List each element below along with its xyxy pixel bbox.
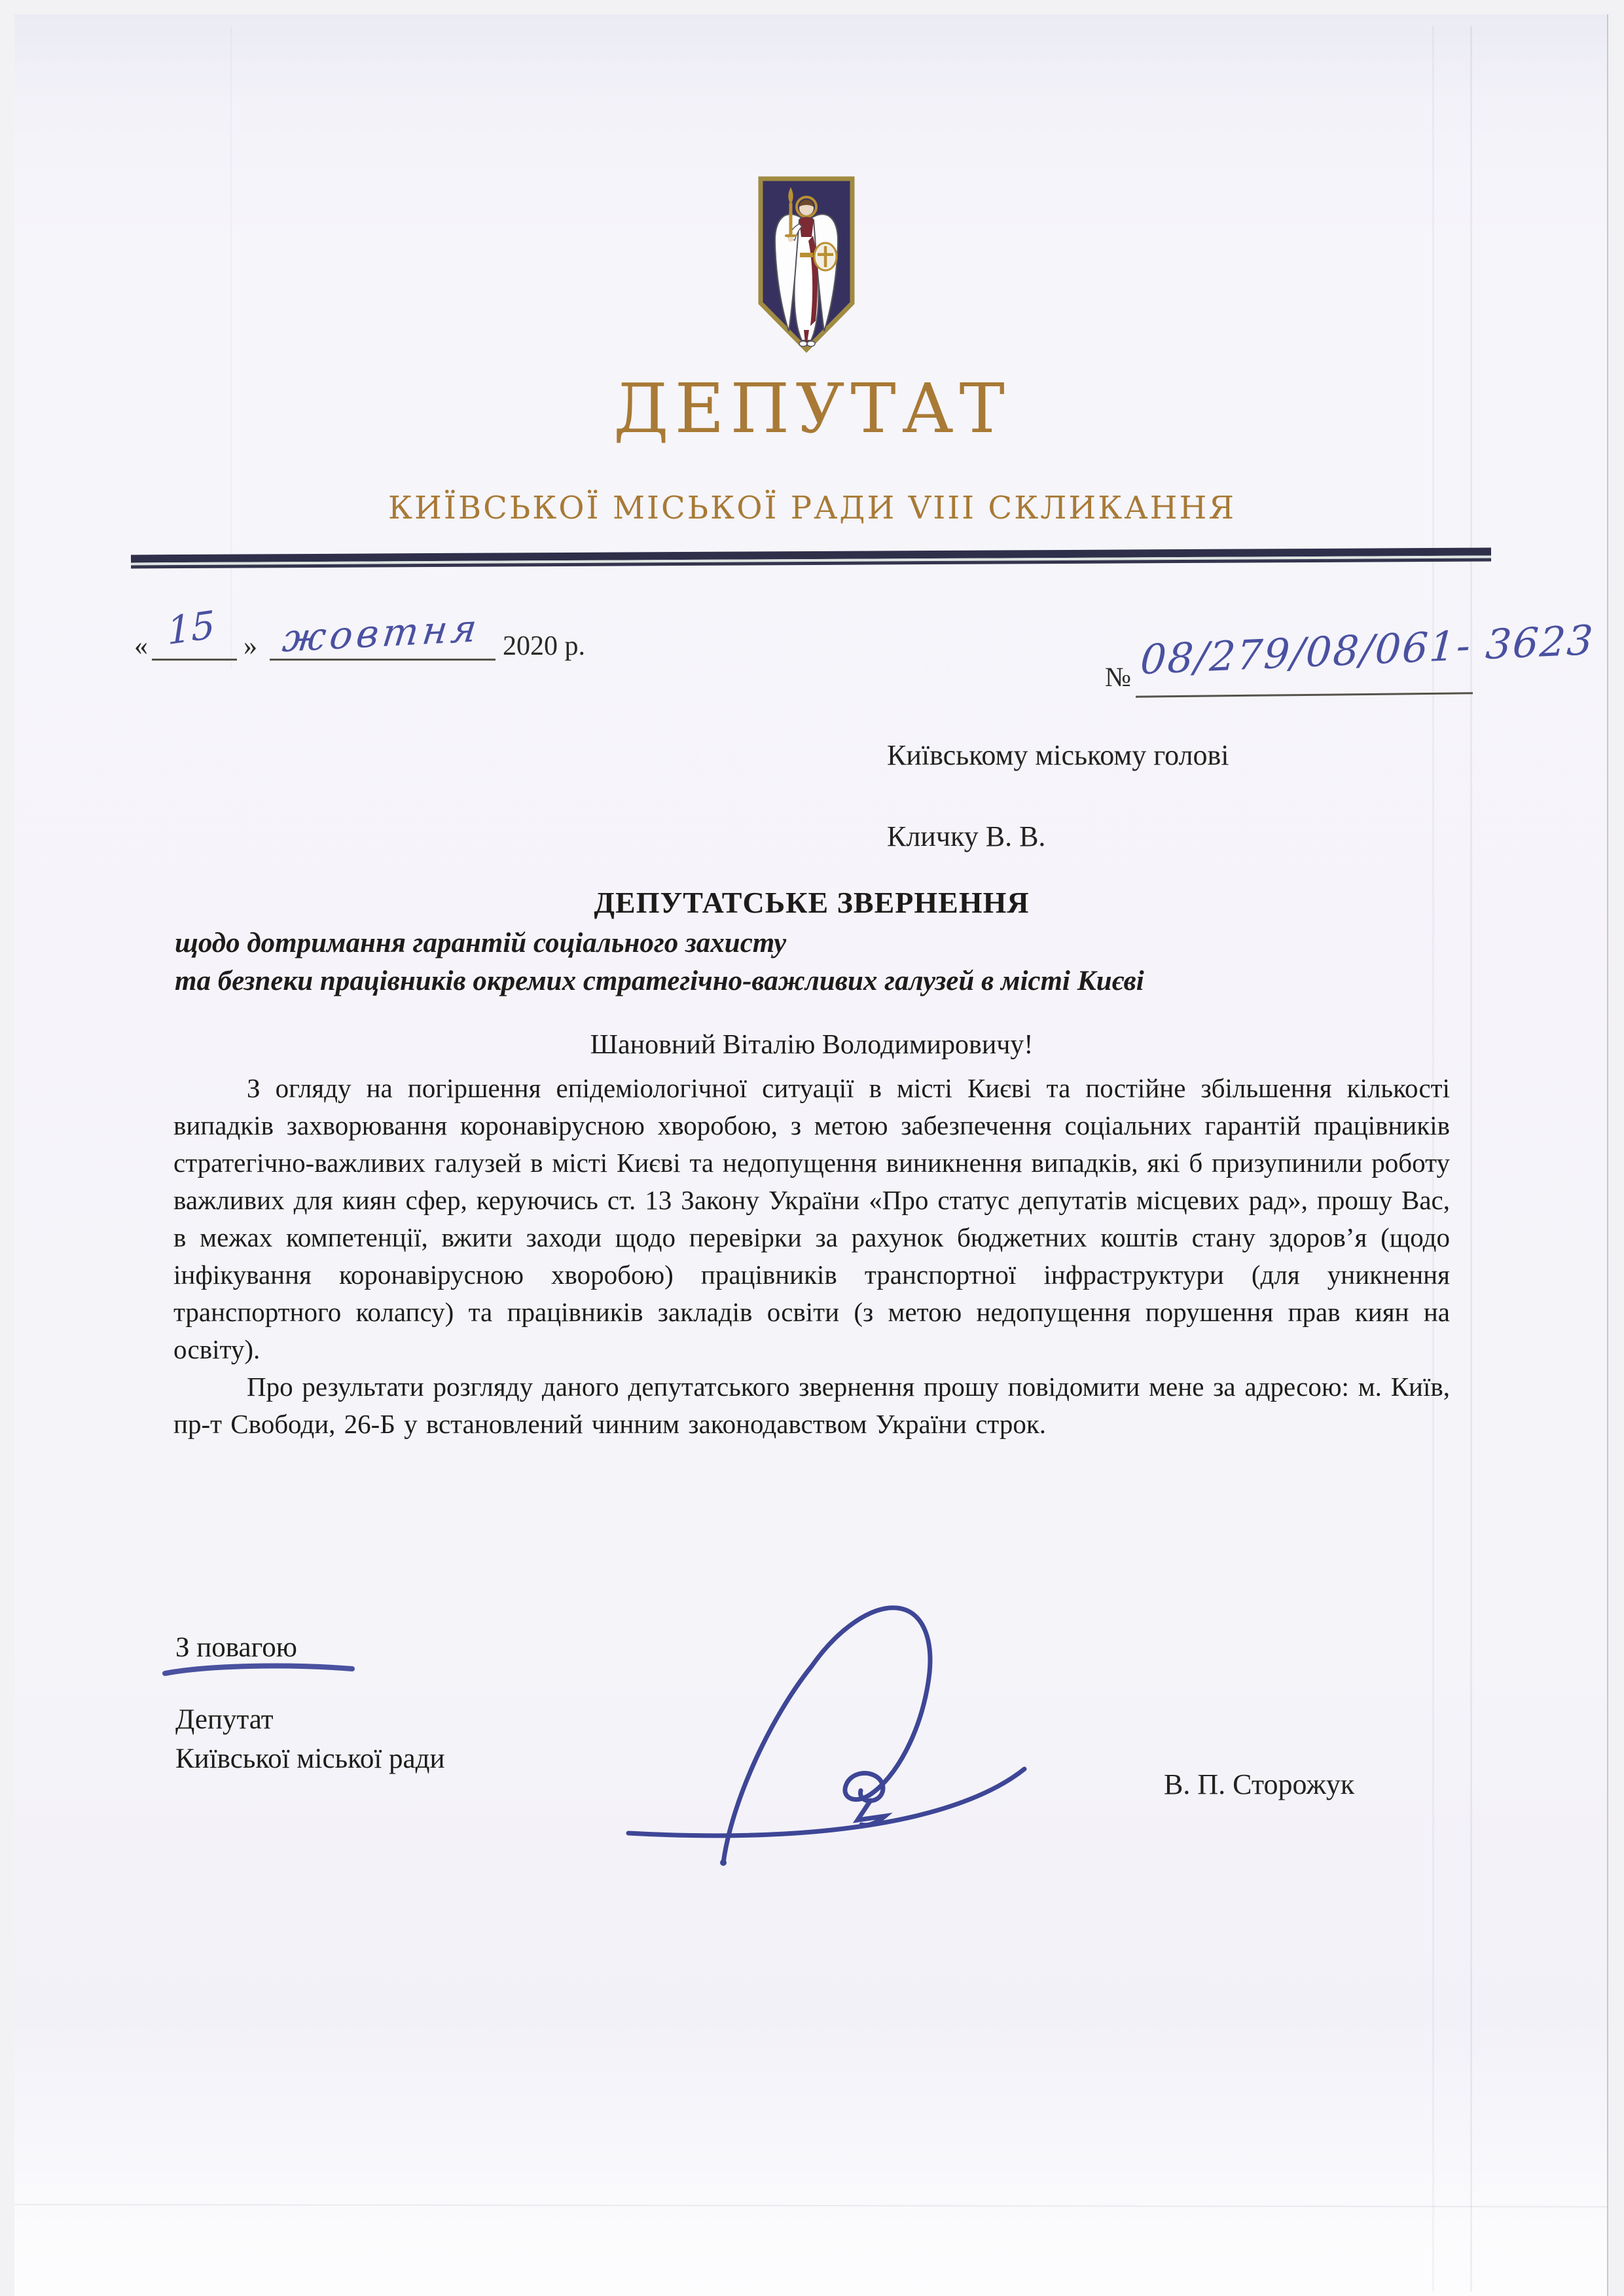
handwritten-day: 15 [166,606,215,651]
body-paragraph-1: З огляду на погіршення епідеміологічної … [173,1070,1450,1368]
subject-line-2: та безпеки працівників окремих стратегіч… [175,965,1484,997]
number-sign: № [1105,661,1131,694]
subject-line-1: щодо дотримання гарантій соціального зах… [175,927,1484,959]
salutation: Шановний Віталію Володимировичу! [173,1029,1450,1061]
position-line-2: Київської міської ради [175,1743,445,1775]
addressee-name: Кличку В. В. [887,820,1045,854]
addressee-title: Київському міському голові [887,738,1229,773]
kyiv-coat-of-arms-icon [757,175,856,354]
letter-body: З огляду на погіршення епідеміологічної … [173,1070,1450,1443]
letterhead-title: ДЕПУТАТ [0,374,1624,443]
date-open-quote: « [134,630,148,663]
date-close-quote: » [244,630,257,663]
body-paragraph-2: Про результати розгляду даного депутатсь… [173,1368,1450,1443]
document-title: ДЕПУТАТСЬКЕ ЗВЕРНЕННЯ [173,885,1450,920]
closing-underline-stroke [161,1662,357,1679]
handwritten-month: жовтня [281,609,483,657]
scanned-letter: ДЕПУТАТ КИЇВСЬКОЇ МІСЬКОЇ РАДИ VIII СКЛИ… [0,0,1624,2296]
handwritten-signature [615,1597,1047,1872]
letterhead-subtitle: КИЇВСЬКОЇ МІСЬКОЇ РАДИ VIII СКЛИКАННЯ [0,492,1624,524]
date-year: 2020 р. [503,630,585,663]
closing-phrase: З повагою [175,1631,297,1664]
date-day-underline [152,659,237,661]
signer-name: В. П. Сторожук [1164,1768,1354,1801]
position-line-1: Депутат [175,1704,274,1736]
